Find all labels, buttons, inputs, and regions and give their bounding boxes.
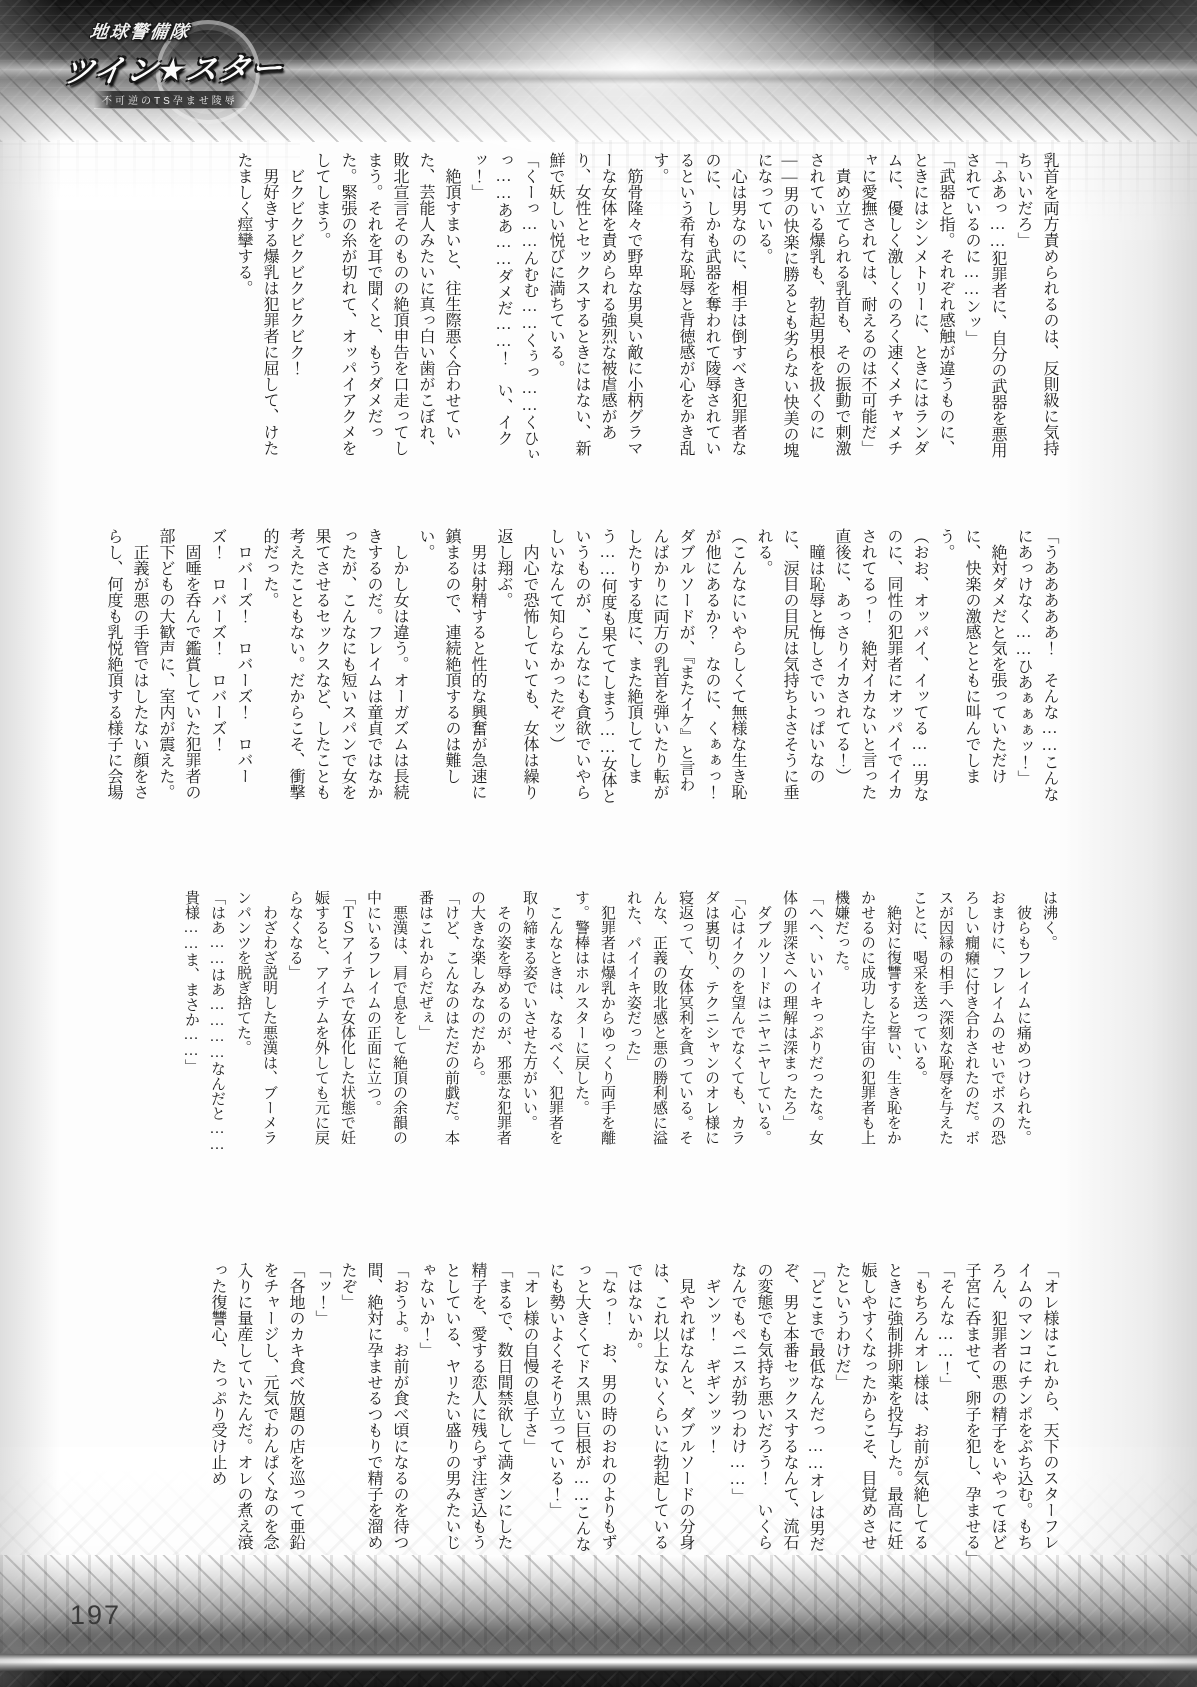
paragraph: 「もちろんオレ様は、お前が気絶してるときに強制排卵薬を投与した。最高に妊娠しやす… (828, 1262, 932, 1564)
paragraph: 男は射精すると性的な興奮が急速に鎮まるので、連続絶頂するのは難しい。 (412, 528, 490, 805)
paragraph: 彼らもフレイムに痛めつけられた。おまけに、フレイムのせいでボスの恐ろしい癇癪に付… (906, 890, 1036, 1156)
scanned-book-page: 地球警備隊 ツイン★スター 不可逆のTS孕ませ陵辱 乳首を両方責められるのは、反… (0, 0, 1197, 1687)
footer-artwork (0, 1555, 1197, 1687)
paragraph: 「なっ！ お、男の時のおれのよりもずっと大きくてドス黒い巨根が……こんなにも勢い… (542, 1262, 620, 1564)
paragraph: 男好きする爆乳は犯罪者に屈して、けたたましく痙攣する。 (230, 152, 282, 463)
paragraph: ロバーズ！ ロバーズ！ ロバーズ！ ロバーズ！ ロバーズ！ (204, 528, 256, 805)
text-row: 「オレ様はこれから、天下のスターフレイムのマンコにチンポをぶち込む。もちろん、犯… (70, 1262, 1062, 1564)
paragraph: 犯罪者は爆乳からゆっくり両手を離す。警棒はホルスターに戻した。 (568, 890, 620, 1156)
logo-series-title: 地球警備隊 (88, 18, 342, 44)
paragraph: （おお、オッパイ、イッてる……男なのに、同性の犯罪者にオッパイでイカされてるっ！… (828, 528, 932, 805)
paragraph: 心は男なのに、相手は倒すべき犯罪者なのに、しかも武器を奪われて陵辱されているとい… (646, 152, 750, 463)
paragraph: 絶対に復讐すると誓い、生き恥をかかせるのに成功した宇宙の犯罪者も上機嫌だった。 (828, 890, 906, 1156)
paragraph: わざわざ説明した悪漢は、ブーメランパンツを脱ぎ捨てた。 (230, 890, 282, 1156)
paragraph: ダブルソードはニヤニヤしている。 (750, 890, 776, 1156)
logo-main-title: ツイン★スター (60, 42, 344, 92)
paragraph: 筋骨隆々で野卑な男臭い敵に小柄グラマーな女体を責められる強烈な被虐感があり、女性… (542, 152, 646, 463)
logo-subtitle: 不可逆のTS孕ませ陵辱 (94, 91, 246, 109)
series-logo: 地球警備隊 ツイン★スター 不可逆のTS孕ませ陵辱 (60, 18, 340, 130)
paragraph: 「はあ……はあ…………なんだと……貴様……ま、まさか……」 (178, 890, 230, 1156)
metal-pipe (0, 1654, 1197, 1671)
paragraph: 固唾を呑んで鑑賞していた犯罪者の部下どもの大歓声に、室内が震えた。 (152, 528, 204, 805)
paragraph: 「そんな……！」 (932, 1262, 958, 1564)
paragraph: 「どこまで最低なんだっ……オレは男だぞ、男と本番セックスするなんて、流石の変態で… (724, 1262, 828, 1564)
paragraph: 絶頂すまいと、往生際悪く合わせていた、芸能人みたいに真っ白い歯がこぼれ、敗北宣言… (308, 152, 464, 463)
paragraph: 「うあああああ！ そんな……こんなにあっけなく……ひあぁぁぁッ！」 (1010, 528, 1062, 805)
paragraph: その姿を辱めるのが、邪悪な犯罪者の大きな楽しみなのだから。 (464, 890, 516, 1156)
paragraph: 「オレ様の自慢の息子さ」 (516, 1262, 542, 1564)
paragraph: こんなときは、なるべく、犯罪者を取り締まる姿でいさせた方がいい。 (516, 890, 568, 1156)
paragraph: 見やればなんと、ダブルソードの分身は、これ以上ないくらいに勃起しているではないか… (620, 1262, 698, 1564)
paragraph: 「くーっ……んむむ……くぅっ……くひぃっ……ああ……ダメだ……！ い、イクッ！」 (464, 152, 542, 463)
paragraph: 「ッ！」 (308, 1262, 334, 1564)
paragraph: 瞳は恥辱と悔しさでいっぱいなのに、涙目の目尻は気持ちよさそうに垂れる。 (750, 528, 828, 805)
paragraph: 絶対ダメだと気を張っていただけに、快楽の激感とともに叫んでしまう。 (932, 528, 1010, 805)
paragraph: 正義が悪の手管ではしたない顔をさらし、何度も乳悦絶頂する様子に会場 (100, 528, 152, 805)
paragraph: 「まるで、数日間禁欲して満タンにした精子を、愛する恋人に残らず注ぎ込もうとしてい… (412, 1262, 516, 1564)
paragraph: 「けど、こんなのはただの前戯だ。本番はこれからだぜぇ」 (412, 890, 464, 1156)
paragraph: 乳首を両方責められるのは、反則級に気持ちいいだろ」 (1010, 152, 1062, 463)
text-row: 「うあああああ！ そんな……こんなにあっけなく……ひあぁぁぁッ！」 絶対ダメだと… (70, 528, 1062, 805)
paragraph: 内心で恐怖していても、女体は繰り返し翔ぶ。 (490, 528, 542, 805)
paragraph: 「へへ、いいイキっぷりだったな。女体の罪深さへの理解は深まったろ」 (776, 890, 828, 1156)
paragraph: 「各地のカキ食べ放題の店を巡って亜鉛をチャージし、元気でわんぱくなのを念入りに量… (204, 1262, 308, 1564)
paragraph: は沸く。 (1036, 890, 1062, 1156)
paragraph: 悪漢は、肩で息をして絶頂の余韻の中にいるフレイムの正面に立つ。 (360, 890, 412, 1156)
paragraph: ビクビクビクビクビクビク！ (282, 152, 308, 463)
paragraph: （こんなにいやらしくて無様な生き恥が他にあるか？ なのに、くぁぁっ！ ダブルソー… (542, 528, 750, 805)
paragraph: 責め立てられる乳首も、その振動で刺激されている爆乳も、勃起男根を扱くのに——男の… (750, 152, 854, 463)
paragraph: 「ＴＳアイテムで女体化した状態で妊娠すると、アイテムを外しても元に戻らなくなる」 (282, 890, 360, 1156)
paragraph: 「武器と指。それぞれ感触が違うものに、ときにはシンメトリーに、ときにはランダムに… (854, 152, 958, 463)
text-row: は沸く。 彼らもフレイムに痛めつけられた。おまけに、フレイムのせいでボスの恐ろし… (70, 890, 1062, 1156)
page-number: 197 (70, 1600, 121, 1631)
paragraph: しかし女は違う。オーガズムは長続きするのだ。フレイムは童貞ではなかったが、こんな… (256, 528, 412, 805)
paragraph: 「おうよ。お前が食べ頃になるのを待つ間、絶対に孕ませるつもりで精子を溜めたぞ」 (334, 1262, 412, 1564)
text-row: 乳首を両方責められるのは、反則級に気持ちいいだろ」「ふあっ……犯罪者に、自分の武… (70, 152, 1062, 463)
paragraph: 「ふあっ……犯罪者に、自分の武器を悪用されているのに……ンッ」 (958, 152, 1010, 463)
paragraph: 「心はイクのを望んでなくても、カラダは裏切り、テクニシャンのオレ様に寝返って、女… (620, 890, 750, 1156)
paragraph: 「オレ様はこれから、天下のスターフレイムのマンコにチンポをぶち込む。もちろん、犯… (958, 1262, 1062, 1564)
paragraph: ギンッ！ ギギンッッ！ (698, 1262, 724, 1564)
